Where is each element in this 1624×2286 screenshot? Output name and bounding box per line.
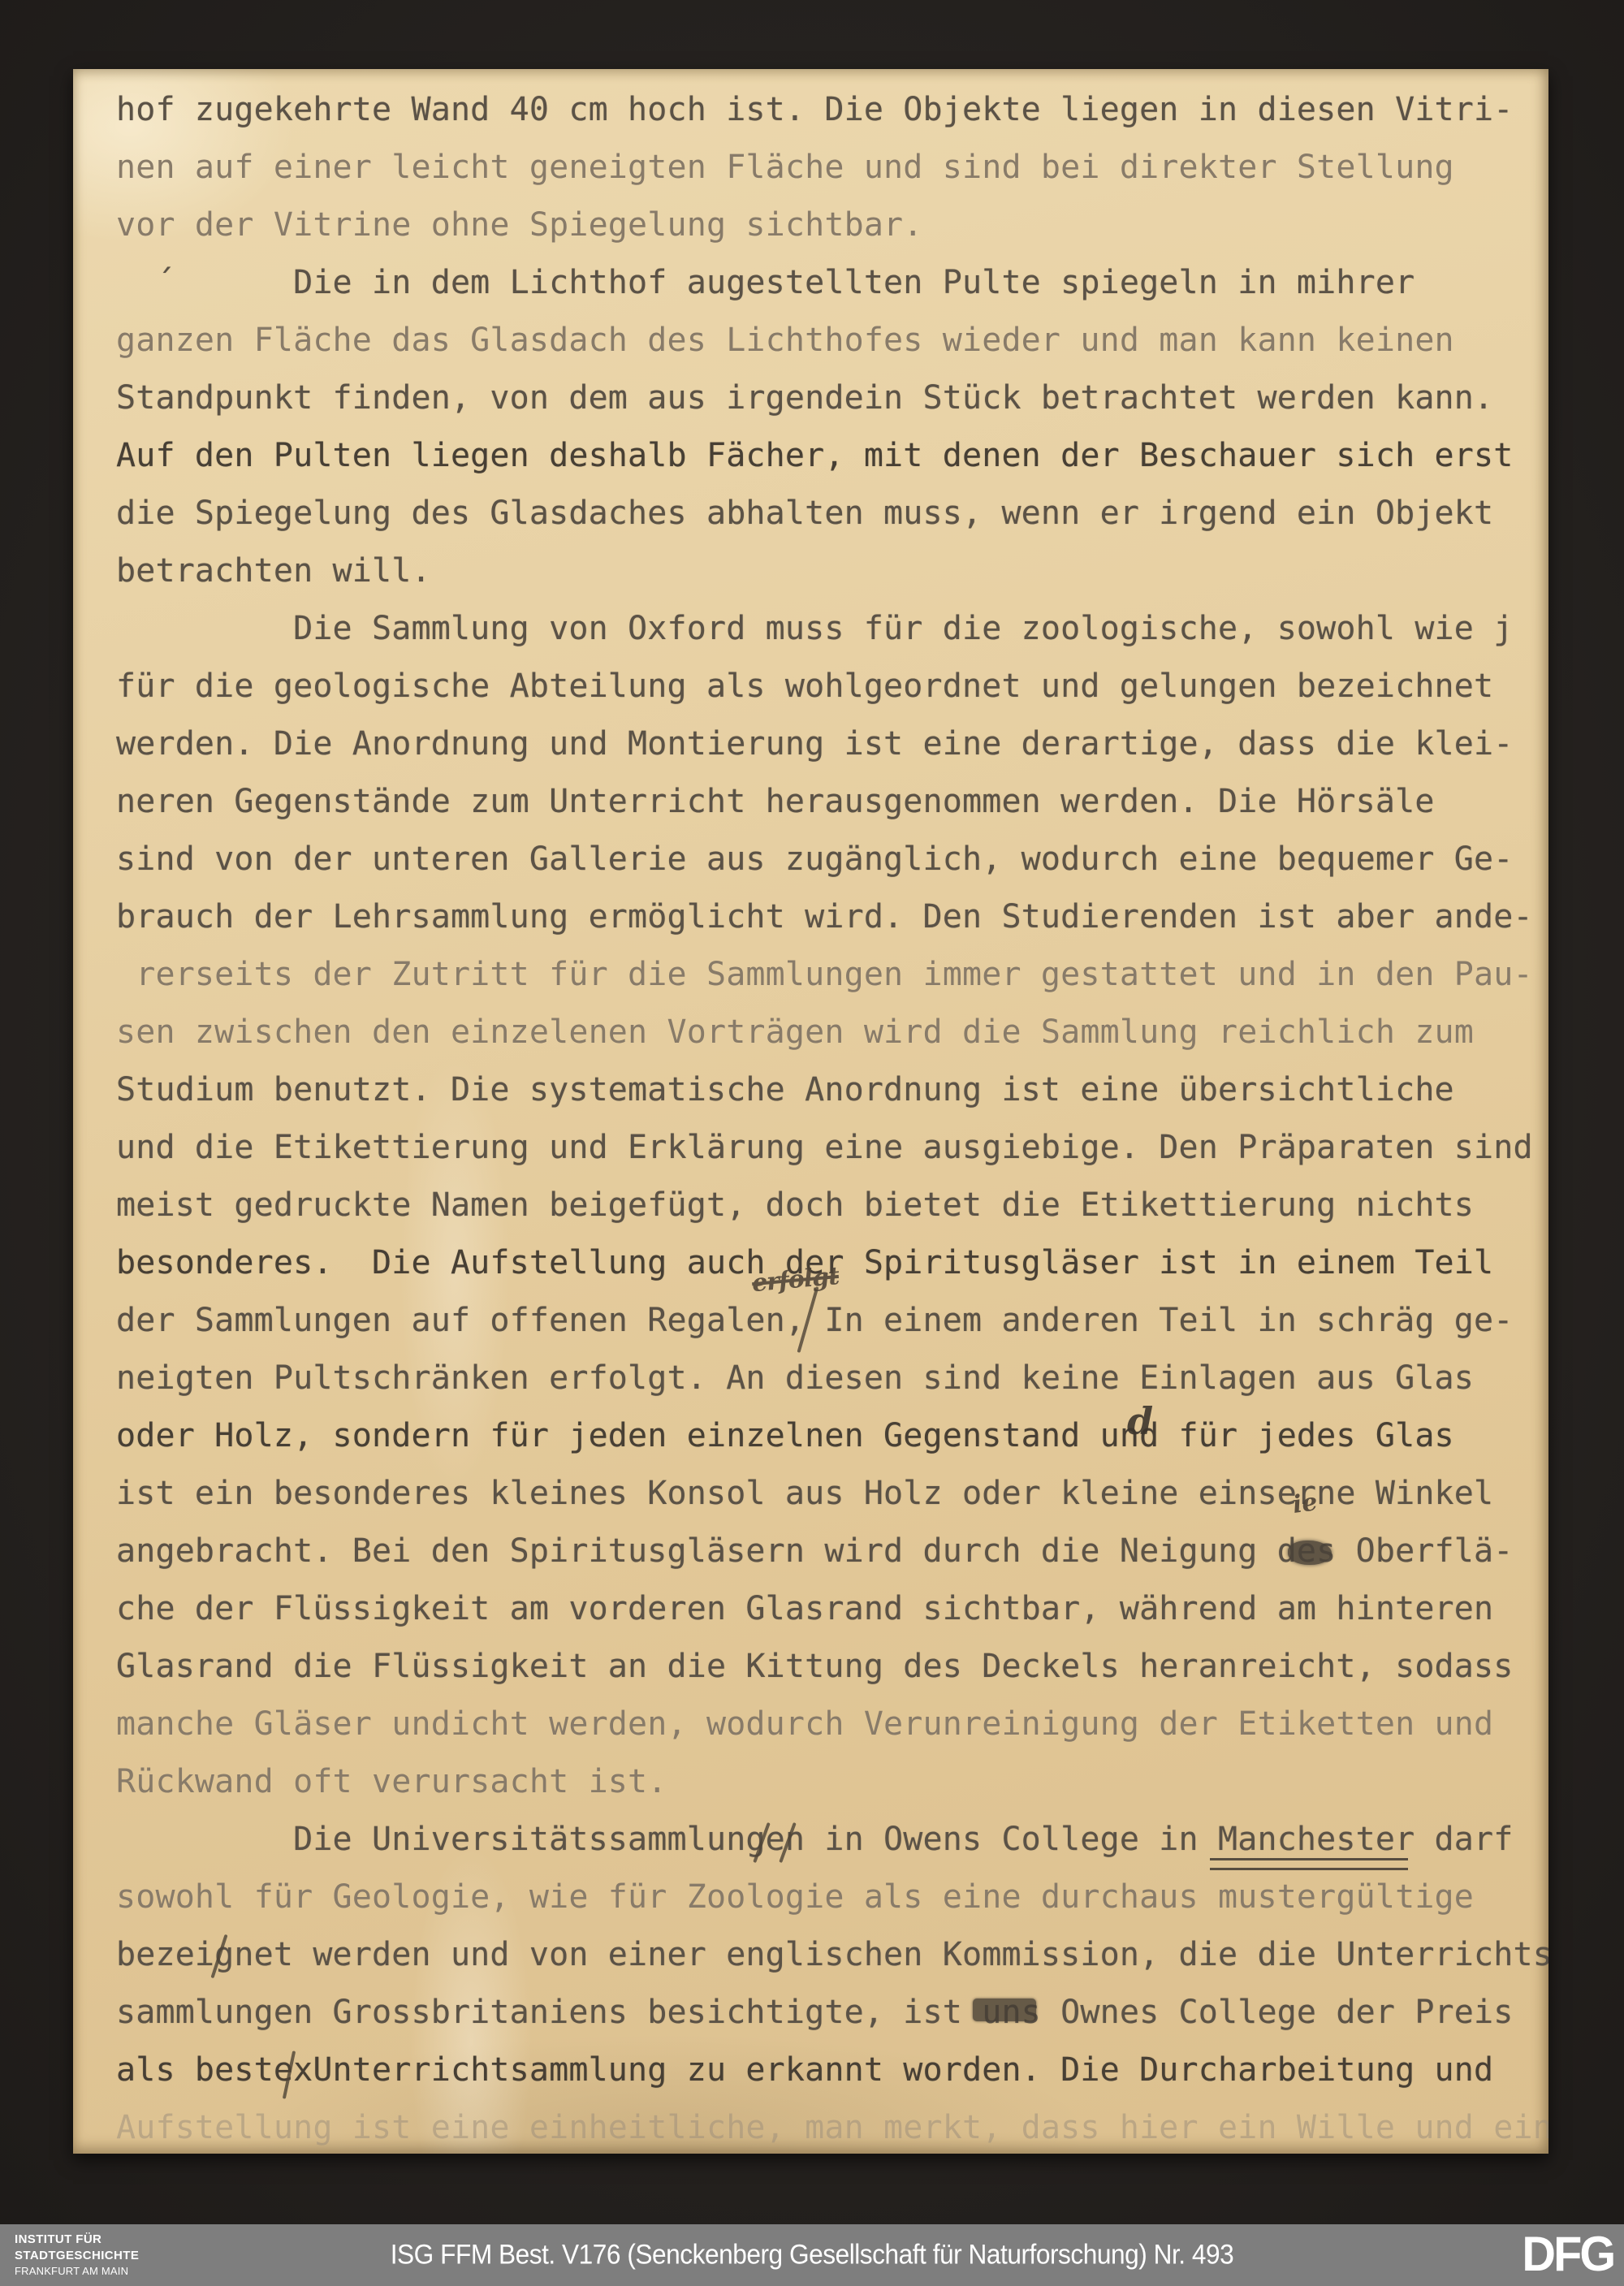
typewritten-line: werden. Die Anordnung und Montierung ist… [116, 727, 1513, 761]
typewritten-line: sowohl für Geologie, wie für Zoologie al… [116, 1880, 1474, 1914]
typewritten-line: Aufstellung ist eine einheitliche, man m… [116, 2111, 1548, 2145]
typewritten-line: sen zwischen den einzelenen Vorträgen wi… [116, 1015, 1474, 1049]
typewritten-line: betrachten will. [116, 554, 431, 588]
typewritten-line: nen auf einer leicht geneigten Fläche un… [116, 150, 1454, 184]
typewritten-line: Rückwand oft verursacht ist. [116, 1765, 667, 1799]
institution-name-line3: FRANKFURT AM MAIN [15, 2264, 139, 2279]
institution-name-line2: STADTGESCHICHTE [15, 2248, 139, 2264]
footer-credit-bar: INSTITUT FÜR STADTGESCHICHTE FRANKFURT A… [0, 2224, 1624, 2286]
dfg-logo: DFG [1522, 2226, 1614, 2282]
typewritten-line: neigten Pultschränken erfolgt. An diesen… [116, 1361, 1474, 1395]
typewritten-line: Glasrand die Flüssigkeit an die Kittung … [116, 1649, 1513, 1683]
institution-logo: INSTITUT FÜR STADTGESCHICHTE FRANKFURT A… [15, 2232, 139, 2279]
typewritten-line: vor der Vitrine ohne Spiegelung sichtbar… [116, 208, 923, 242]
typewritten-line: angebracht. Bei den Spiritusgläsern wird… [116, 1534, 1513, 1568]
typewritten-line: Studium benutzt. Die systematische Anord… [116, 1073, 1454, 1107]
typewritten-line: meist gedruckte Namen beigefügt, doch bi… [116, 1188, 1474, 1222]
typewritten-line: als bestexUnterrichtsammlung zu erkannt … [116, 2053, 1493, 2087]
typewritten-line: ist ein besonderes kleines Konsol aus Ho… [116, 1476, 1493, 1510]
typewritten-line: sind von der unteren Gallerie aus zugäng… [116, 842, 1513, 876]
institution-name-line1: INSTITUT FÜR [15, 2232, 139, 2248]
archive-reference: ISG FFM Best. V176 (Senckenberg Gesellsc… [391, 2240, 1234, 2271]
typewritten-line: brauch der Lehrsammlung ermöglicht wird.… [116, 900, 1533, 934]
document-page: hof zugekehrte Wand 40 cm hoch ist. Die … [73, 69, 1548, 2154]
typewritten-line: ganzen Fläche das Glasdach des Lichthofe… [116, 323, 1454, 357]
typewritten-line: Die Universitätssammlungen in Owens Coll… [116, 1822, 1513, 1856]
typewritten-line: bezeignet werden und von einer englische… [116, 1938, 1548, 1972]
typewritten-line: sammlungen Grossbritaniens besichtigte, … [116, 1995, 1513, 2029]
typewritten-line: ´ Die in dem Lichthof augestellten Pulte… [116, 266, 1415, 300]
typewritten-line: Die Sammlung von Oxford muss für die zoo… [116, 611, 1513, 646]
typewritten-line: rerseits der Zutritt für die Sammlungen … [116, 957, 1533, 992]
typewritten-line: besonderes. Die Aufstellung auch der Spi… [116, 1246, 1493, 1280]
typewritten-line: die Spiegelung des Glasdaches abhalten m… [116, 496, 1493, 530]
typewritten-line: oder Holz, sondern für jeden einzelnen G… [116, 1419, 1454, 1453]
typewritten-line: manche Gläser undicht werden, wodurch Ve… [116, 1707, 1493, 1741]
typewritten-line: für die geologische Abteilung als wohlge… [116, 669, 1493, 703]
typewritten-line: che der Flüssigkeit am vorderen Glasrand… [116, 1592, 1493, 1626]
typewritten-line: neren Gegenstände zum Unterricht herausg… [116, 784, 1435, 819]
typewritten-line: der Sammlungen auf offenen Regalen, In e… [116, 1303, 1513, 1337]
typewritten-line: und die Etikettierung und Erklärung eine… [116, 1130, 1533, 1165]
typewritten-text: hof zugekehrte Wand 40 cm hoch ist. Die … [73, 69, 1548, 2154]
archival-scan-page: { "colors":{ "background":"#272320", "pa… [0, 0, 1624, 2286]
typewritten-line: Standpunkt finden, von dem aus irgendein… [116, 381, 1493, 415]
typewritten-line: Auf den Pulten liegen deshalb Fächer, mi… [116, 439, 1513, 473]
typewritten-line: hof zugekehrte Wand 40 cm hoch ist. Die … [116, 93, 1513, 127]
